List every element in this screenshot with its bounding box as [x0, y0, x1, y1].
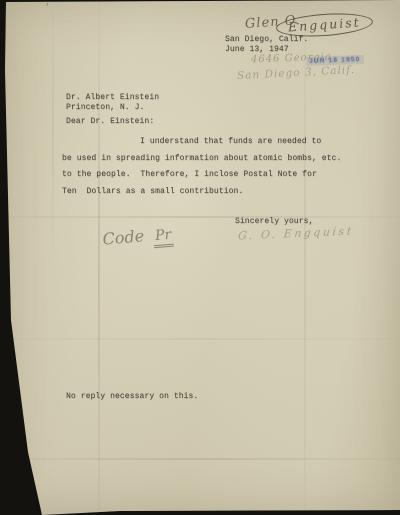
code-note-initials-underlined: Pr: [152, 227, 174, 249]
letter-paper: ' Glen O. Engquist San Diego, Calif. Jun…: [0, 0, 400, 515]
recipient-city-line: Princeton, N. J.: [66, 103, 144, 113]
fold-crease-horizontal-upper: [0, 216, 400, 218]
salutation: Dear Dr. Einstein:: [66, 117, 154, 127]
pencil-city-address: San Diego 3, Calif.: [237, 64, 356, 82]
letter-city-line: San Diego, Calif.: [225, 35, 308, 45]
fold-crease-horizontal-lower: [0, 458, 400, 460]
fold-crease-vertical-left: [52, 0, 54, 250]
postscript-note: No reply necessary on this.: [66, 392, 198, 402]
letter-body: I understand that funds are needed to be…: [62, 134, 341, 200]
pencil-archival-code-note: CodePr: [70, 205, 176, 271]
photo-background: ' Glen O. Engquist San Diego, Calif. Jun…: [0, 0, 400, 515]
body-line: Ten Dollars as a small contribution.: [62, 184, 341, 201]
pencil-tick-mark: ': [46, 3, 48, 13]
fold-crease-horizontal-mid: [0, 338, 400, 340]
code-note-word: Code: [102, 226, 145, 249]
pencil-signature: G. O. Engquist: [237, 224, 354, 242]
body-line: to the people. Therefore, I inclose Post…: [62, 167, 341, 184]
body-line: I understand that funds are needed to: [62, 134, 341, 151]
valediction: Sincerely yours,: [235, 217, 313, 227]
recipient-name-line: Dr. Albert Einstein: [66, 93, 159, 103]
body-line: be used in spreading information about a…: [62, 151, 341, 168]
